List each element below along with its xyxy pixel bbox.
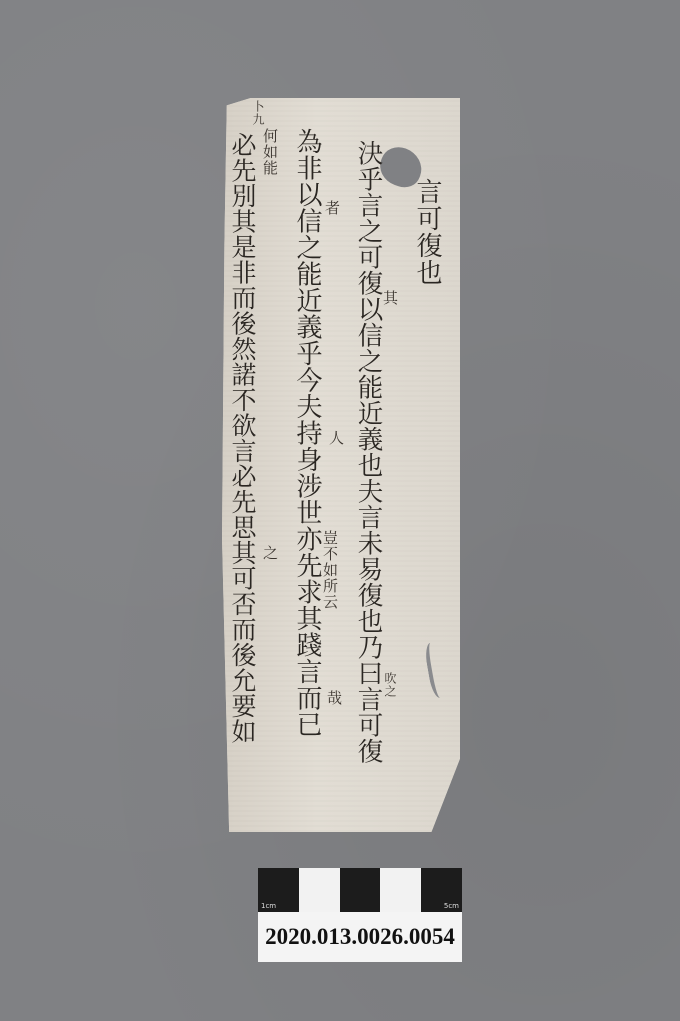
manuscript-column-4: 何如能 — [262, 128, 277, 176]
annotation-qibu: 豈不如所云 — [322, 530, 337, 610]
manuscript-column-3: 為非以信之能近義乎今夫持身涉世亦先求其踐言而已 — [294, 128, 320, 738]
scale-bar: 1cm 5cm — [258, 868, 462, 912]
scale-left-label: 1cm — [261, 902, 276, 910]
top-marks: 卜九 — [252, 100, 264, 126]
scale-segment — [380, 868, 421, 912]
manuscript-column-1: 言可復也 — [414, 178, 440, 286]
manuscript-column-5: 必先別其是非而後然諾不欲言必先思其可否而後允要如 — [230, 132, 255, 744]
scale-right-label: 5cm — [444, 902, 459, 910]
annotation-ren: 人 — [328, 430, 343, 446]
annotation-qi: 其 — [382, 290, 397, 306]
scale-segment — [340, 868, 381, 912]
annotation-chuizhi: 吹之 — [384, 672, 396, 698]
accession-number-label: 2020.013.0026.0054 — [258, 912, 462, 962]
annotation-zai: 哉 — [326, 690, 341, 706]
scale-segment — [299, 868, 340, 912]
manuscript-column-2: 決乎言之可復以信之能近義也夫言未易復也乃曰言可復 — [355, 140, 381, 764]
annotation-zhi: 之 — [262, 545, 277, 561]
annotation-zhe: 者 — [324, 200, 339, 216]
